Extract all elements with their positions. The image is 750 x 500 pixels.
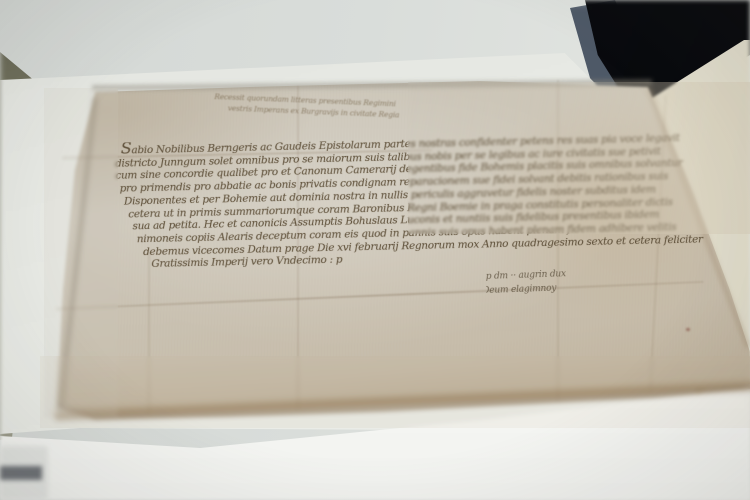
photograph-of-manuscript: Recessit quorundam litteras presentibus … (0, 0, 750, 500)
photo-vignette (0, 0, 750, 500)
